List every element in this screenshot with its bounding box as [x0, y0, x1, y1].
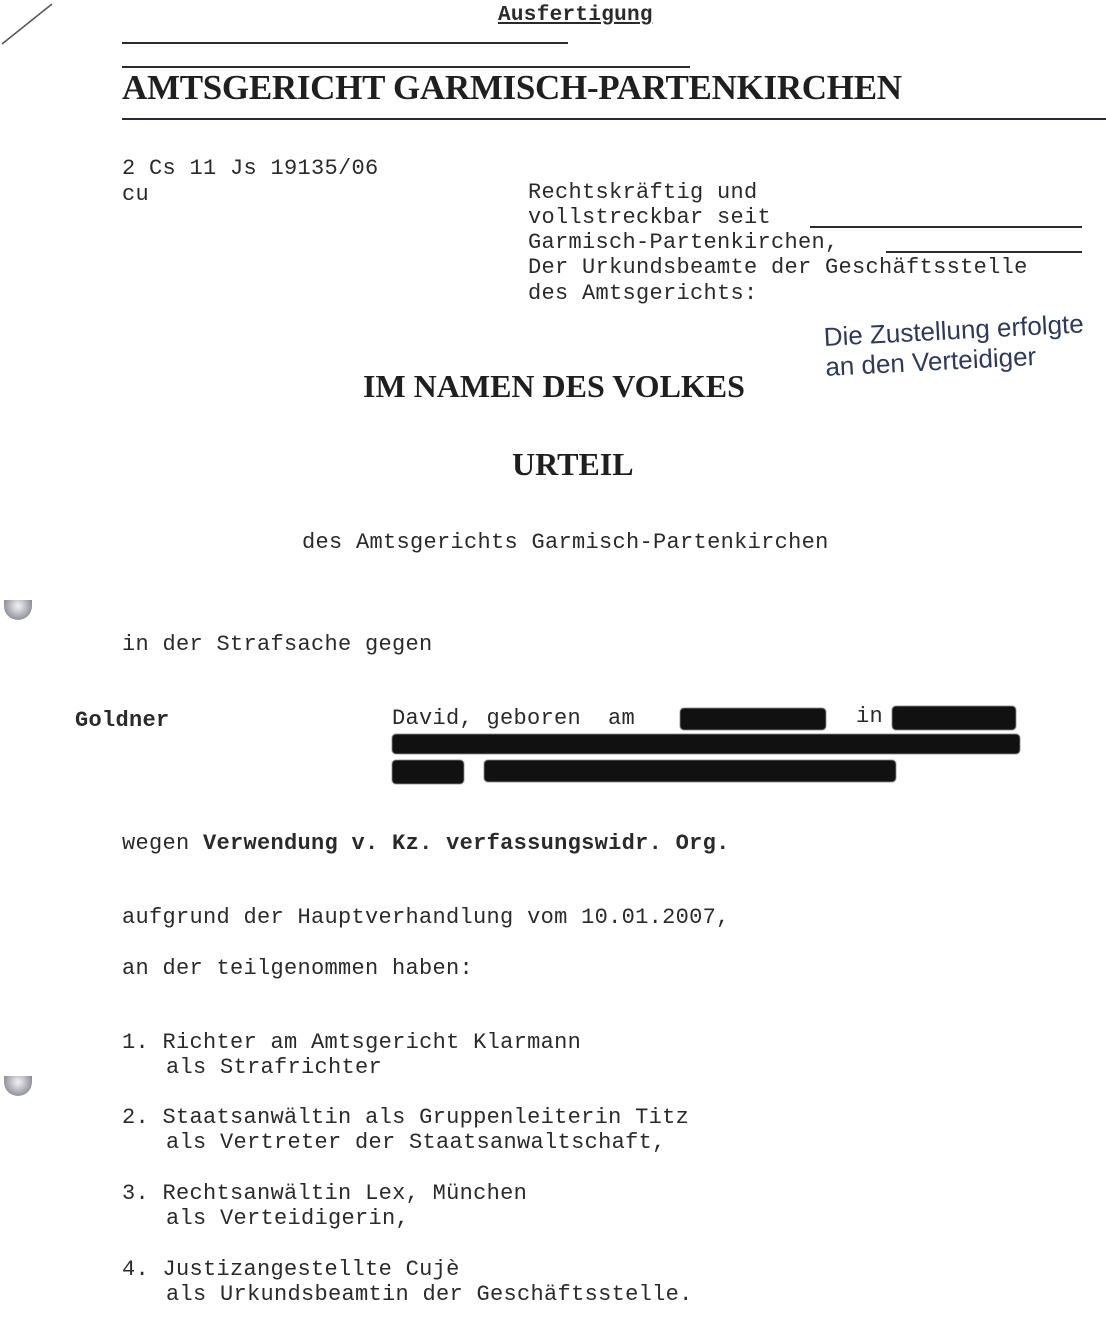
participant-function: als Verteidigerin, [166, 1206, 409, 1231]
redaction-address-2 [392, 760, 464, 784]
participant-role: Justizangestellte Cujè [163, 1257, 460, 1282]
participant-role: Rechtsanwältin Lex, München [163, 1181, 528, 1206]
participant-2: 2. Staatsanwältin als Gruppenleiterin Ti… [122, 1105, 689, 1130]
finality-line-3: Garmisch-Partenkirchen, [528, 230, 839, 255]
file-number: 2 Cs 11 Js 19135/06 [122, 156, 379, 181]
participant-number: 3. [122, 1181, 149, 1206]
charge-prefix: wegen [122, 831, 190, 856]
participant-number: 2. [122, 1105, 149, 1130]
in-the-name-heading: IM NAMEN DES VOLKES [363, 368, 745, 405]
participant-role: Staatsanwältin als Gruppenleiterin Titz [163, 1105, 690, 1130]
participant-3: 3. Rechtsanwältin Lex, München [122, 1181, 527, 1206]
header-rule-3 [122, 118, 1106, 120]
court-name: AMTSGERICHT GARMISCH-PARTENKIRCHEN [122, 68, 902, 108]
service-stamp: Die Zustellung erfolgte an den Verteidig… [823, 308, 1086, 382]
clerk-code: cu [122, 182, 149, 207]
punch-hole-bottom [4, 1076, 32, 1096]
defendant-surname: Goldner [75, 708, 170, 733]
born-in-label: in [856, 704, 883, 729]
copy-label: Ausfertigung [498, 4, 653, 27]
pen-mark [0, 0, 60, 50]
participant-1: 1. Richter am Amtsgericht Klarmann [122, 1030, 581, 1055]
participant-number: 4. [122, 1257, 149, 1282]
finality-date-blank [810, 226, 1082, 228]
hearing-line: aufgrund der Hauptverhandlung vom 10.01.… [122, 905, 730, 930]
participants-intro: an der teilgenommen haben: [122, 956, 473, 981]
charge-line: wegen Verwendung v. Kz. verfassungswidr.… [122, 831, 730, 856]
finality-line-1: Rechtskräftig und [528, 180, 758, 205]
finality-line-5: des Amtsgerichts: [528, 281, 758, 306]
redaction-address-3 [484, 760, 896, 782]
defendant-details: David, geboren am [392, 706, 635, 731]
participant-function: als Urkundsbeamtin der Geschäftsstelle. [166, 1282, 693, 1307]
judgment-heading: URTEIL [512, 446, 634, 483]
participant-function: als Vertreter der Staatsanwaltschaft, [166, 1130, 666, 1155]
participant-function: als Strafrichter [166, 1055, 382, 1080]
finality-line-2: vollstreckbar seit [528, 205, 771, 230]
redaction-birthdate [680, 708, 826, 730]
case-intro: in der Strafsache gegen [122, 632, 433, 657]
participant-number: 1. [122, 1030, 149, 1055]
participant-4: 4. Justizangestellte Cujè [122, 1257, 460, 1282]
finality-place-date-blank [886, 251, 1082, 253]
redaction-birthplace [892, 706, 1016, 730]
finality-line-4: Der Urkundsbeamte der Geschäftsstelle [528, 255, 1028, 280]
header-rule-1 [122, 42, 568, 44]
redaction-address-1 [392, 734, 1020, 754]
participant-role: Richter am Amtsgericht Klarmann [163, 1030, 582, 1055]
court-subheading: des Amtsgerichts Garmisch-Partenkirchen [302, 530, 829, 555]
charge-text: Verwendung v. Kz. verfassungswidr. Org. [203, 831, 730, 856]
punch-hole-top [4, 600, 32, 620]
